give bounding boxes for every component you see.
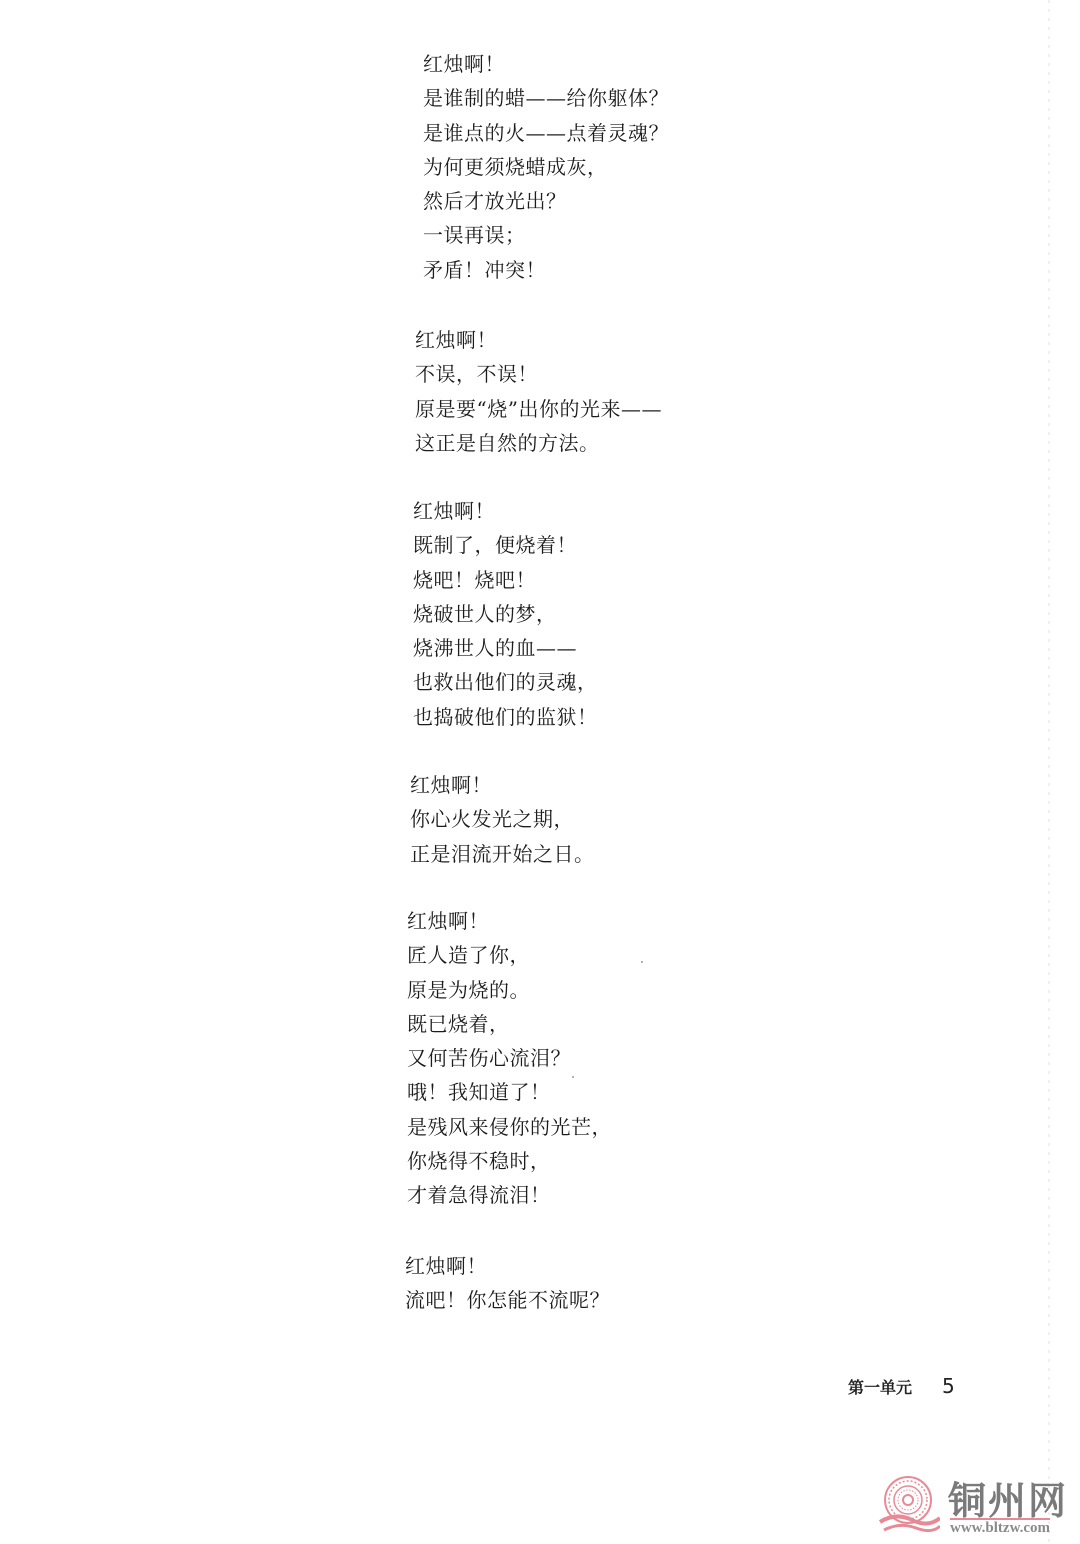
poem-line: 然后才放光出？: [423, 184, 669, 218]
poem-line: 这正是自然的方法。: [415, 426, 662, 460]
poem-line: 不误，不误！: [415, 357, 662, 391]
poem-line: 是残风来侵你的光芒，: [407, 1110, 612, 1144]
poem-line: 红烛啊！: [410, 768, 595, 802]
page-number: 5: [942, 1374, 955, 1398]
poem-stanza-4: 红烛啊！ 你心火发光之期， 正是泪流开始之日。: [410, 768, 595, 871]
poem-stanza-6: 红烛啊！ 流吧！你怎能不流呢？: [405, 1249, 610, 1318]
poem-line: 才着急得流泪！: [407, 1178, 612, 1212]
poem-stanza-3: 红烛啊！ 既制了，便烧着！ 烧吧！烧吧！ 烧破世人的梦， 烧沸世人的血—— 也救…: [413, 494, 598, 734]
poem-line: 一误再误；: [423, 218, 669, 252]
watermark-url: www.bltzw.com: [950, 1518, 1050, 1537]
poem-line: 又何苦伤心流泪？: [407, 1041, 612, 1075]
seal-wave-logo-icon: [878, 1474, 940, 1536]
poem-line: 流吧！你怎能不流呢？: [405, 1283, 610, 1317]
poem-stanza-2: 红烛啊！ 不误，不误！ 原是要“烧”出你的光来—— 这正是自然的方法。: [415, 323, 662, 460]
poem-line: 红烛啊！: [405, 1249, 610, 1283]
book-page: 红烛啊！ 是谁制的蜡——给你躯体？ 是谁点的火——点着灵魂？ 为何更须烧蜡成灰，…: [0, 0, 1080, 1544]
scan-speck: [641, 961, 643, 963]
poem-stanza-1: 红烛啊！ 是谁制的蜡——给你躯体？ 是谁点的火——点着灵魂？ 为何更须烧蜡成灰，…: [423, 47, 669, 287]
poem-line: 矛盾！冲突！: [423, 253, 669, 287]
poem-line: 是谁制的蜡——给你躯体？: [423, 81, 669, 115]
poem-line: 也救出他们的灵魂，: [413, 665, 598, 699]
poem-line: 烧吧！烧吧！: [413, 563, 598, 597]
poem-line: 匠人造了你，: [407, 938, 612, 972]
page-footer: 第一单元 5: [848, 1374, 955, 1398]
poem-line: 也捣破他们的监狱！: [413, 700, 598, 734]
watermark-site-name: 铜州网: [948, 1470, 1068, 1525]
poem-line: 烧沸世人的血——: [413, 631, 598, 665]
site-watermark: 铜州网 www.bltzw.com: [878, 1474, 1068, 1536]
poem-line: 原是要“烧”出你的光来——: [415, 392, 662, 426]
poem-line: 烧破世人的梦，: [413, 597, 598, 631]
poem-line: 为何更须烧蜡成灰，: [423, 150, 669, 184]
poem-line: 原是为烧的。: [407, 973, 612, 1007]
poem-line: 你烧得不稳时，: [407, 1144, 612, 1178]
poem-line: 红烛啊！: [413, 494, 598, 528]
poem-line: 红烛啊！: [415, 323, 662, 357]
poem-line: 红烛啊！: [423, 47, 669, 81]
poem-line: 是谁点的火——点着灵魂？: [423, 116, 669, 150]
poem-line: 红烛啊！: [407, 904, 612, 938]
poem-line: 既制了，便烧着！: [413, 528, 598, 562]
poem-line: 哦！我知道了！: [407, 1075, 612, 1109]
poem-line: 正是泪流开始之日。: [410, 837, 595, 871]
poem-line: 既已烧着，: [407, 1007, 612, 1041]
scan-edge-artifact: [1048, 0, 1050, 1544]
unit-label: 第一单元: [848, 1375, 912, 1398]
poem-line: 你心火发光之期，: [410, 802, 595, 836]
poem-stanza-5: 红烛啊！ 匠人造了你， 原是为烧的。 既已烧着， 又何苦伤心流泪？ 哦！我知道了…: [407, 904, 612, 1213]
